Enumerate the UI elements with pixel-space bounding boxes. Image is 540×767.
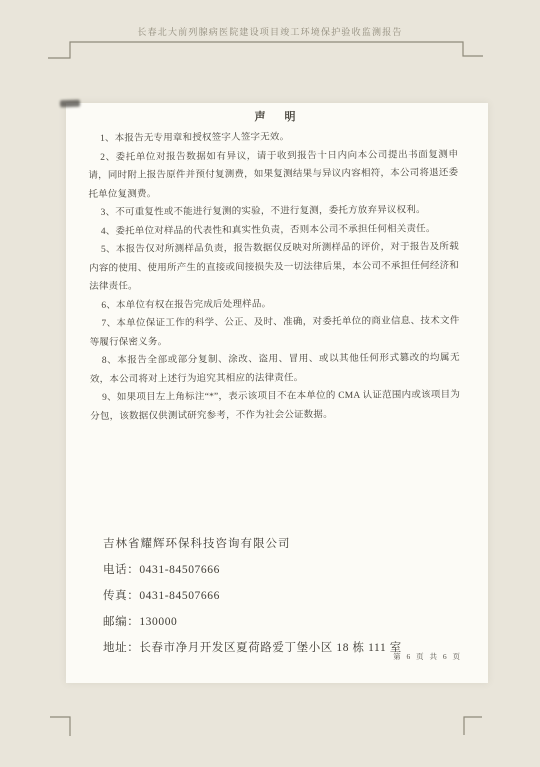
phone-label: 电话： xyxy=(103,564,139,576)
company-name: 吉林省耀辉环保科技咨询有限公司 xyxy=(103,531,463,557)
address-label: 地址： xyxy=(103,642,139,654)
company-phone: 电话：0431-84507666 xyxy=(103,557,463,583)
statement-item-9: 9、如果项目左上角标注“*”，表示该项目不在本单位的 CMA 认证范围内或该项目… xyxy=(90,386,460,426)
scan-smudge xyxy=(60,100,80,108)
statement-item-3: 3、不可重复性或不能进行复测的实验，不进行复测，委托方放弃异议权利。 xyxy=(89,201,459,222)
statement-item-5: 5、本报告仅对所测样品负责，报告数据仅反映对所测样品的评价，对于报告及所载内容的… xyxy=(89,238,459,296)
statement-item-7: 7、本单位保证工作的科学、公正、及时、准确，对委托单位的商业信息、技术文件等履行… xyxy=(89,312,459,352)
header-rule xyxy=(48,42,483,58)
zip-value: 130000 xyxy=(139,616,177,628)
statement-item-8: 8、本报告全部或部分复制、涂改、盗用、冒用、或以其他任何形式篡改的均属无效，本公… xyxy=(90,349,460,389)
scanned-document-viewer: 长春北大前列腺病医院建设项目竣工环境保护验收监测报告 声 明 1、本报告无专用章… xyxy=(0,0,540,767)
fax-value: 0431-84507666 xyxy=(139,590,220,602)
running-header-title: 长春北大前列腺病医院建设项目竣工环境保护验收监测报告 xyxy=(0,25,540,38)
zip-label: 邮编： xyxy=(103,616,139,628)
crop-mark-bottom-left xyxy=(50,717,70,736)
page-number: 第 6 页 共 6 页 xyxy=(393,651,462,662)
statement-title: 声 明 xyxy=(66,108,488,124)
document-page: 声 明 1、本报告无专用章和授权签字人签字无效。 2、委托单位对报告数据如有异议… xyxy=(66,103,488,683)
statement-item-2: 2、委托单位对报告数据如有异议，请于收到报告十日内向本公司提出书面复测申请，同时… xyxy=(88,146,458,204)
statement-list: 1、本报告无专用章和授权签字人签字无效。 2、委托单位对报告数据如有异议，请于收… xyxy=(88,127,460,426)
fax-label: 传真： xyxy=(103,590,139,602)
company-info: 吉林省耀辉环保科技咨询有限公司 电话：0431-84507666 传真：0431… xyxy=(103,531,463,661)
company-fax: 传真：0431-84507666 xyxy=(103,583,463,609)
crop-mark-bottom-right xyxy=(464,717,482,735)
address-value: 长春市净月开发区夏荷路爱丁堡小区 18 栋 111 室 xyxy=(139,642,402,654)
phone-value: 0431-84507666 xyxy=(139,564,220,576)
company-zip: 邮编：130000 xyxy=(103,609,463,635)
